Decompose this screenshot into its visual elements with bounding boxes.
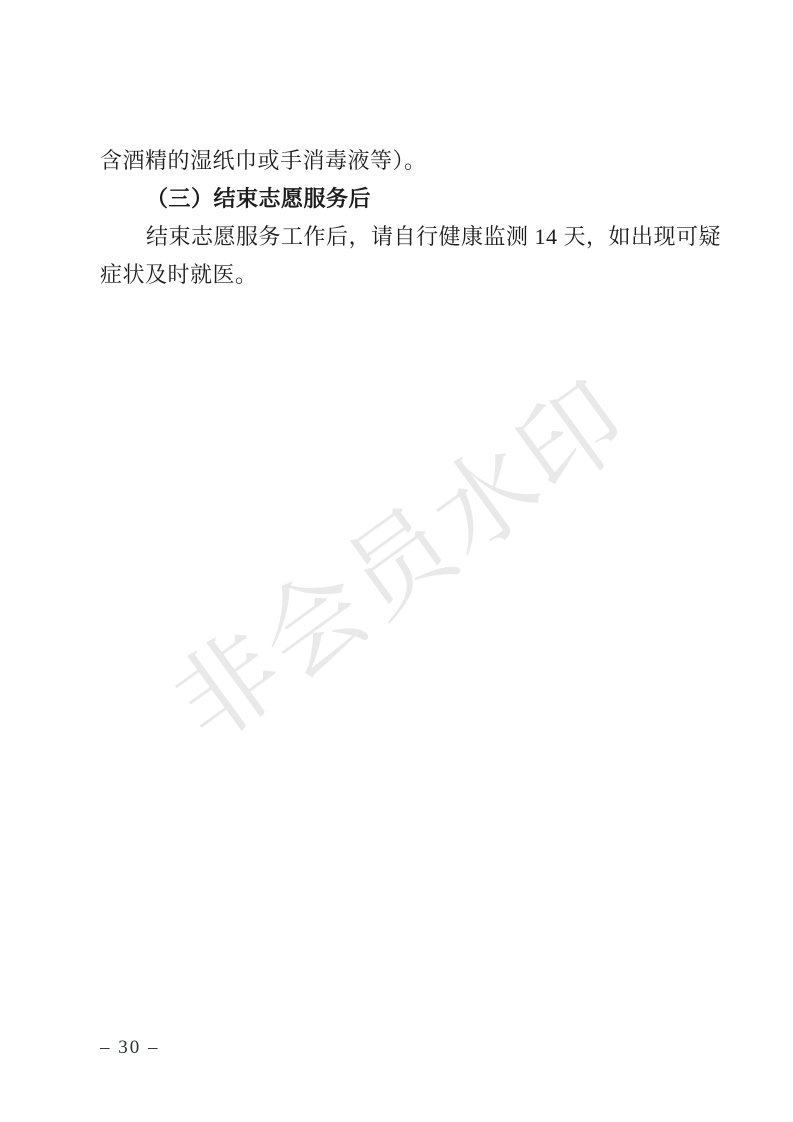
section-heading: （三）结束志愿服务后 <box>100 180 706 218</box>
document-page: 非会员水印 含酒精的湿纸巾或手消毒液等）。 （三）结束志愿服务后 结束志愿服务工… <box>0 0 793 1122</box>
watermark-text: 非会员水印 <box>140 340 655 770</box>
body-line: 结束志愿服务工作后，请自行健康监测 14 天，如出现可疑 <box>100 218 706 256</box>
page-number: – 30 – <box>100 1037 160 1059</box>
body-line: 症状及时就医。 <box>100 256 706 294</box>
body-line-continuation: 含酒精的湿纸巾或手消毒液等）。 <box>100 142 706 180</box>
document-body: 含酒精的湿纸巾或手消毒液等）。 （三）结束志愿服务后 结束志愿服务工作后，请自行… <box>100 142 706 294</box>
